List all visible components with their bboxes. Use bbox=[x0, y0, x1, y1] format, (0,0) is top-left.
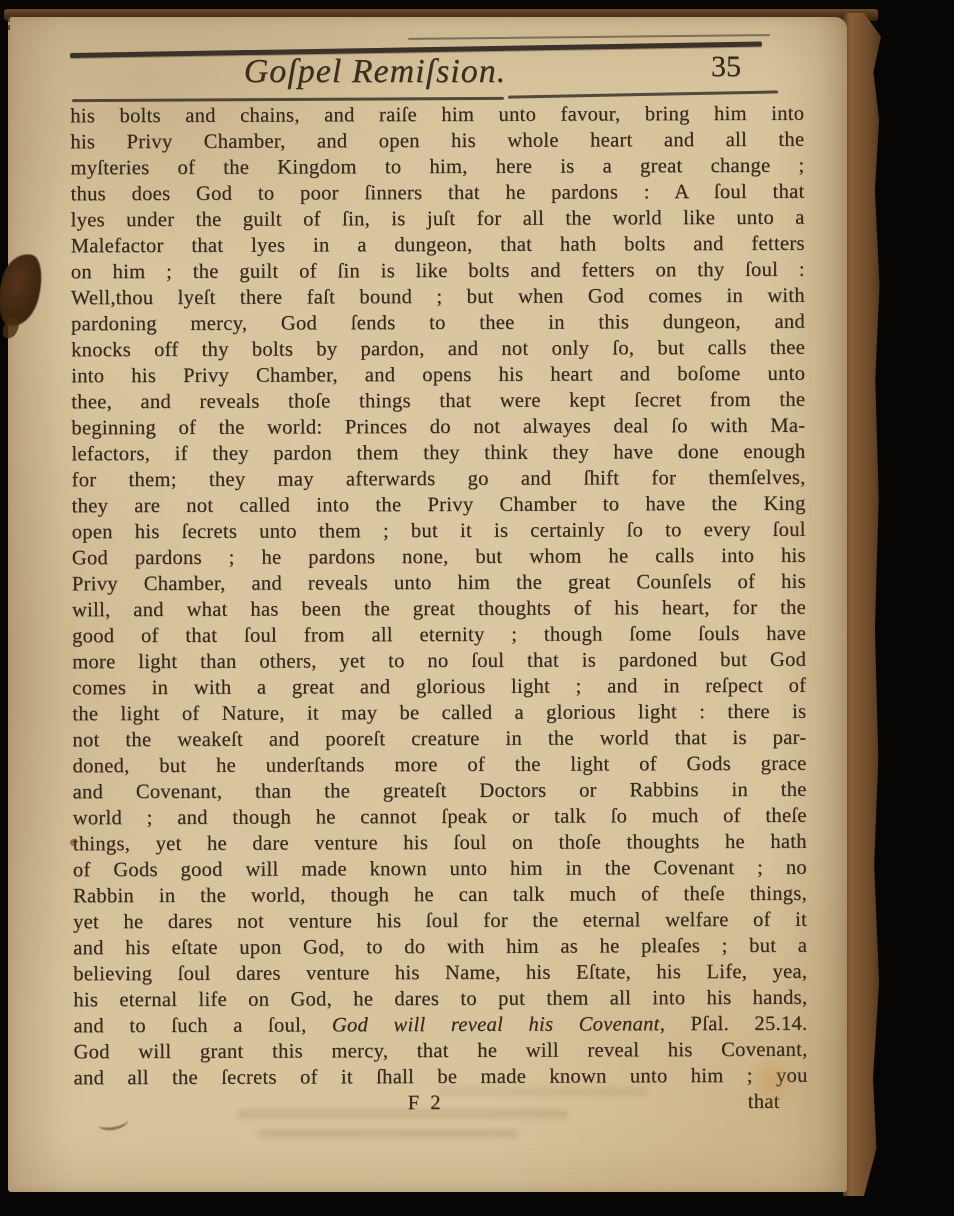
text-line: good of that ſoul from all eternity ; th… bbox=[72, 621, 806, 650]
text-line: lyes under the guilt of ſin, is juſt for… bbox=[71, 205, 805, 234]
text-line: and his eſtate upon God, to do with him … bbox=[73, 933, 807, 962]
text-line: the light of Nature, it may be called a … bbox=[72, 699, 806, 728]
book-page: Goſpel Remiſsion. 35 his bolts and chain… bbox=[8, 17, 847, 1192]
text-line: for them; they may afterwards go and ſhi… bbox=[72, 465, 806, 494]
text-line: and Covenant, than the greateſt Doctors … bbox=[73, 777, 807, 806]
header-rule-right bbox=[508, 90, 778, 98]
page-number: 35 bbox=[711, 50, 741, 84]
scanned-book-photo: Goſpel Remiſsion. 35 his bolts and chain… bbox=[0, 0, 954, 1216]
text-line: his eternal life on God, he dares to put… bbox=[73, 985, 807, 1014]
scripture-reference: , Pſal. 25.14. bbox=[660, 1013, 808, 1036]
scripture-phrase: God will reveal his Covenant bbox=[332, 1013, 660, 1036]
text-line: believing ſoul dares venture his Name, h… bbox=[73, 959, 807, 988]
text-line: they are not called into the Privy Chamb… bbox=[72, 491, 806, 520]
show-through-mark bbox=[258, 1129, 518, 1138]
text-line: yet he dares not venture his ſoul for th… bbox=[73, 907, 807, 936]
text-line: Privy Chamber, and reveals unto him the … bbox=[72, 569, 806, 598]
text-line: Rabbin in the world, though he can talk … bbox=[73, 881, 807, 910]
text-line: not the weakeſt and pooreſt creature in … bbox=[72, 725, 806, 754]
text-line: world ; and though he cannot ſpeak or ta… bbox=[73, 803, 807, 832]
text-line-with-scripture: and to ſuch a ſoul, God will reveal his … bbox=[73, 1011, 807, 1040]
text-line: Well,thou lyeſt there faſt bound ; but w… bbox=[71, 283, 805, 312]
text-line: comes in with a great and glorious light… bbox=[72, 673, 806, 702]
text-line: pardoning mercy, God ſends to thee in th… bbox=[71, 309, 805, 338]
text-line: beginning of the world: Princes do not a… bbox=[71, 413, 805, 442]
scripture-pre: and to ſuch a ſoul, bbox=[73, 1014, 331, 1037]
text-line: Malefactor that lyes in a dungeon, that … bbox=[71, 231, 805, 260]
text-line: knocks off thy bolts by pardon, and not … bbox=[71, 335, 805, 364]
text-line: doned, but he underſtands more of the li… bbox=[73, 751, 807, 780]
ink-speck bbox=[70, 839, 77, 846]
text-line: open his ſecrets unto them ; but it is c… bbox=[72, 517, 806, 546]
running-header-title: Goſpel Remiſsion. bbox=[8, 53, 742, 91]
show-through-mark bbox=[238, 1109, 568, 1119]
leather-fore-edge bbox=[843, 13, 881, 1196]
text-line: into his Privy Chamber, and opens his he… bbox=[71, 361, 805, 390]
text-line: things, yet he dare venture his ſoul on … bbox=[73, 829, 807, 858]
text-line: thus does God to poor ſinners that he pa… bbox=[71, 179, 805, 208]
header-rule-left bbox=[72, 97, 504, 102]
text-line: lefactors, if they pardon them they thin… bbox=[71, 439, 805, 468]
text-line: God will grant this mercy, that he will … bbox=[73, 1037, 807, 1066]
tick-mark bbox=[8, 17, 10, 32]
amber-stain bbox=[748, 1052, 796, 1112]
text-line: myſteries of the Kingdom to him, here is… bbox=[70, 153, 804, 182]
text-line: his bolts and chains, and raiſe him unto… bbox=[70, 101, 804, 130]
top-rule-echo bbox=[408, 34, 770, 40]
text-line: his Privy Chamber, and open his whole he… bbox=[70, 127, 804, 156]
text-line: thee, and reveals thoſe things that were… bbox=[71, 387, 805, 416]
text-line: on him ; the guilt of ſin is like bolts … bbox=[71, 257, 805, 286]
text-line: of Gods good will made known unto him in… bbox=[73, 855, 807, 884]
text-line: more light than others, yet to no ſoul t… bbox=[72, 647, 806, 676]
body-text: his bolts and chains, and raiſe him unto… bbox=[70, 101, 808, 1118]
text-line: God pardons ; he pardons none, but whom … bbox=[72, 543, 806, 572]
text-line: will, and what has been the great though… bbox=[72, 595, 806, 624]
show-through-mark bbox=[438, 1087, 648, 1096]
